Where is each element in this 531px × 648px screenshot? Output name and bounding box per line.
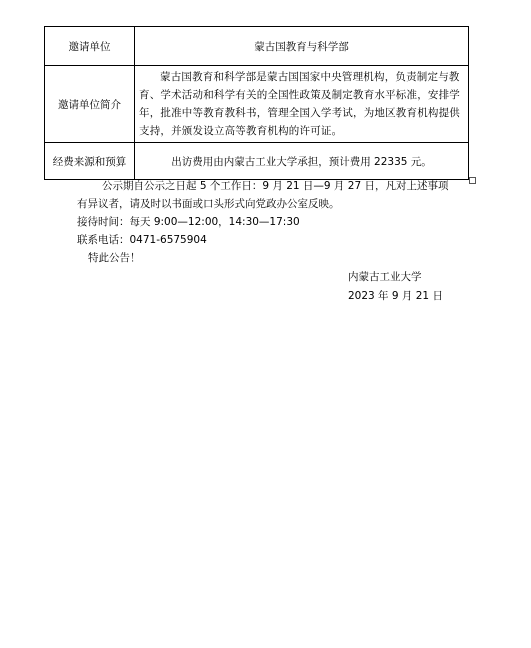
table-row: 经费来源和预算 出访费用由内蒙古工业大学承担，预计费用 22335 元。 (45, 143, 469, 180)
table-resize-handle[interactable] (469, 177, 476, 184)
row-label-unit-intro: 邀请单位简介 (45, 66, 135, 143)
signature-date: 2023 年 9 月 21 日 (348, 287, 443, 305)
invitation-info-table: 邀请单位 蒙古国教育与科学部 邀请单位简介 蒙古国教育和科学部是蒙古国国家中央管… (44, 26, 469, 180)
signature-org: 内蒙古工业大学 (348, 268, 422, 286)
row-value-unit-intro: 蒙古国教育和科学部是蒙古国国家中央管理机构，负责制定与教育、学术活动和科学有关的… (135, 66, 469, 143)
row-label-inviting-unit: 邀请单位 (45, 27, 135, 66)
reception-hours: 接待时间：每天 9:00—12:00，14:30—17:30 (77, 213, 300, 231)
row-label-funding: 经费来源和预算 (45, 143, 135, 180)
closing-statement: 特此公告！ (88, 249, 141, 267)
row-value-inviting-unit: 蒙古国教育与科学部 (135, 27, 469, 66)
notice-line-2: 有异议者，请及时以书面或口头形式向党政办公室反映。 (77, 195, 340, 213)
table-row: 邀请单位 蒙古国教育与科学部 (45, 27, 469, 66)
unit-intro-text: 蒙古国教育和科学部是蒙古国国家中央管理机构，负责制定与教育、学术活动和科学有关的… (139, 68, 466, 140)
contact-phone: 联系电话：0471-6575904 (77, 231, 207, 249)
notice-line-1: 公示期自公示之日起 5 个工作日：9 月 21 日—9 月 27 日，凡对上述事… (102, 177, 448, 195)
row-value-funding: 出访费用由内蒙古工业大学承担，预计费用 22335 元。 (135, 143, 469, 180)
table-row: 邀请单位简介 蒙古国教育和科学部是蒙古国国家中央管理机构，负责制定与教育、学术活… (45, 66, 469, 143)
